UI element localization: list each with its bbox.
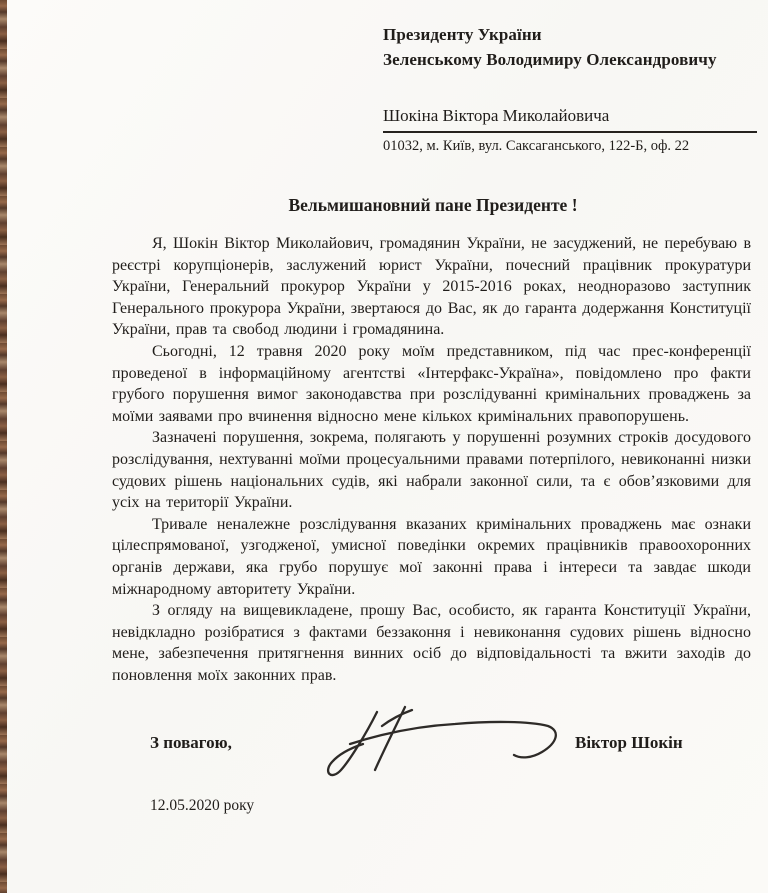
scan-edge-wood-strip [0, 0, 7, 893]
paragraph-4: Тривале неналежне розслідування вказаних… [112, 514, 751, 600]
sender-address: 01032, м. Київ, вул. Саксаганського, 122… [383, 133, 757, 155]
paragraph-5: З огляду на вищевикладене, прошу Вас, ос… [112, 600, 751, 686]
recipient-name: Зеленському Володимиру Олександровичу [383, 47, 754, 72]
salutation: Вельмишановний пане Президенте ! [112, 194, 754, 216]
sender-name: Шокіна Віктора Миколайовича [383, 105, 757, 133]
paragraph-3: Зазначені порушення, зокрема, полягають … [112, 427, 751, 513]
paragraph-2: Сьогодні, 12 травня 2020 року моїм предс… [112, 341, 751, 427]
letter-body: Я, Шокін Віктор Миколайович, громадянин … [112, 233, 751, 686]
recipient-title: Президенту України [383, 22, 754, 47]
letter-paper: Президенту України Зеленському Володимир… [7, 0, 768, 893]
valediction: З повагою, [150, 733, 232, 753]
letter-date: 12.05.2020 року [150, 797, 254, 815]
paragraph-1: Я, Шокін Віктор Миколайович, громадянин … [112, 233, 751, 341]
sender-block: Шокіна Віктора Миколайовича 01032, м. Ки… [383, 105, 757, 155]
signatory-name: Віктор Шокін [575, 733, 683, 753]
closing-block: З повагою, Віктор Шокін 12.05.2020 року [7, 700, 768, 830]
scanned-letter-page: Президенту України Зеленському Володимир… [0, 0, 768, 893]
recipient-block: Президенту України Зеленському Володимир… [383, 22, 754, 72]
handwritten-signature-icon [322, 700, 572, 790]
